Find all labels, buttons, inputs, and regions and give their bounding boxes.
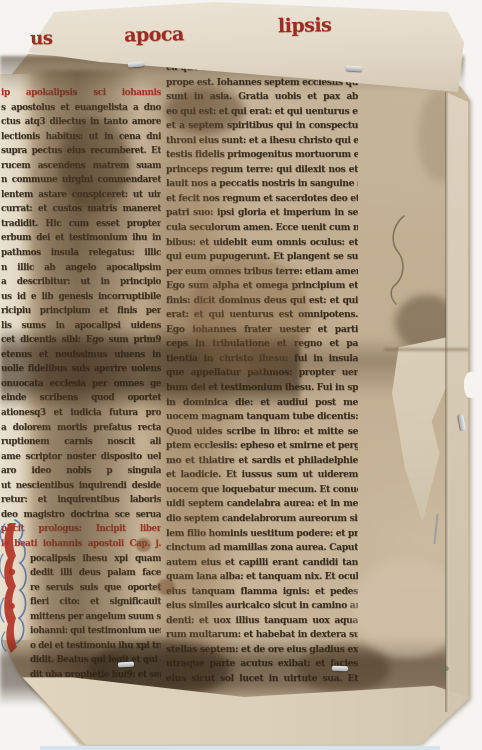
text-line: lectionis habitus: ut in cena dni (1, 130, 161, 145)
text-line: lem filio hominis uestitum podere: et pr… (166, 527, 358, 542)
text-line: eo qui est: et qui erat: et qui uenturus… (166, 105, 358, 120)
text-line: erat: et qui uenturus est omnipotens. (166, 308, 358, 323)
text-line: princeps regum terre: qui dilexit nos et (166, 163, 358, 178)
text-line: eius sicut sol lucet in uirtute sua. Et (166, 672, 358, 687)
text-line: uidi septem candelabra aurea: et in me (166, 497, 358, 512)
text-line: stellas septem: et de ore eius gladius e… (166, 643, 358, 658)
text-line: bibus: et uidebit eum omnis oculus: et (166, 236, 358, 251)
text-line: einde scribens quod oportet (1, 391, 161, 406)
text-line: mo et thiatire et sardis et philadelphie (166, 454, 358, 469)
text-line: ricipiu principium et finis per (1, 304, 161, 319)
initial-knob (9, 603, 15, 609)
initial-red-body (4, 523, 17, 653)
running-title-seg1: us (30, 28, 53, 49)
staple (346, 65, 362, 71)
text-line: autem eius et capilli erant candidi tan (166, 556, 358, 571)
text-line: bum dei et testimonium ihesu. Fui in spu (166, 381, 358, 396)
text-line: uocem que loquebatur mecum. Et conuersus (166, 483, 358, 498)
text-line: cula seculorum amen. Ecce uenit cum nu (166, 221, 358, 236)
text-line: quam lana alba: et tanquam nix. Et oculi (166, 570, 358, 585)
text-line: uocem magnam tanquam tube dicentis: (166, 410, 358, 425)
text-line: tientia in christo ihesu: fui in insula (166, 352, 358, 367)
text-line: et a septem spiritibus qui in conspectu (166, 119, 358, 134)
text-line: ceps in tribulatione et regno et pa (166, 337, 358, 352)
initial-knob (9, 569, 15, 575)
illuminated-initial-A (0, 514, 32, 664)
text-line: n commune uirgini commendaret (1, 173, 161, 188)
rubric-line: ip apokalipsis sci iohannis (1, 86, 161, 101)
text-line: rucem ascendens matrem suam (1, 159, 161, 174)
text-line: ationesq3 et iudicia futura pro (1, 406, 161, 421)
text-line: cinctum ad mamillas zona aurea. Caput (166, 541, 358, 556)
text-line: lentem astare conspiceret: ut uir (1, 188, 161, 203)
text-line: ruptionem carnis noscit ali (1, 435, 161, 450)
text-line: erbum dei et testimonium ihu in (1, 231, 161, 246)
text-line: ptem ecclesiis: epheso et smirne et perg… (166, 439, 358, 454)
text-line: ame scriptor noster disposito uel (1, 450, 161, 465)
text-line: lauit nos a peccatis nostris in sanguine… (166, 177, 358, 192)
text-line: denti: et uox illius tanquam uox aqua (166, 614, 358, 629)
manuscript-photo: ip apokalipsis sci iohanniss apostolus e… (0, 0, 482, 750)
text-line: a dolorem mortis prefatus recta (1, 421, 161, 436)
text-line: retur: et inquirentibus laboris (1, 493, 161, 508)
text-line: n illic ab angelo apocalipsim (1, 261, 161, 276)
text-line: et laodicie. Et iussus sum ut uiderem (166, 468, 358, 483)
staple (332, 666, 348, 672)
text-line: ctus atq3 dilectus in tanto amore (1, 115, 161, 130)
text-line: rum multarum: et habebat in dextera sua (166, 628, 358, 643)
text-line: Ego sum alpha et omega principium et (166, 279, 358, 294)
text-line: uolle fidelibus suis aperire uolens (1, 362, 161, 377)
text-line: us id e lib genesis incorruptibile (1, 290, 161, 305)
text-line: throni eius sunt: et a ihesu christo qui… (166, 134, 358, 149)
text-line: que appellatur pathmos: propter uer (166, 366, 358, 381)
text-line: et fecit nos regnum et sacerdotes deo et (166, 192, 358, 207)
text-line: eius tanquam flamma ignis: et pedes (166, 585, 358, 600)
text-line: onuocata ecclesia per omnes ge (1, 377, 161, 392)
text-line: cet dicentis sibi: Ego sum prim9 (1, 333, 161, 348)
text-line: aro ideo nobis p singula (1, 464, 161, 479)
text-line: a describitur: ut in principio (1, 275, 161, 290)
text-line: s apostolus et euangelista a dno (1, 101, 161, 116)
text-line: testis fidelis primogenitus mortuorum et (166, 148, 358, 163)
text-line: sunt in asia. Gratia uobis et pax ab (166, 90, 358, 105)
text-line: tradidit. Hic cum esset propter (1, 217, 161, 232)
text-line: per eum omnes tribus terre: etiam amen. (166, 265, 358, 280)
text-line: eius similes auricalco sicut in camino a… (166, 599, 358, 614)
text-line: etenus et nouissimus uiuens in (1, 348, 161, 363)
pen-flourish-doodle (386, 212, 412, 308)
staple (118, 662, 134, 668)
text-line: dit uba prophetie hui9: et seruat (1, 668, 161, 683)
text-line: pathmos insula relegatus: illic (1, 246, 161, 261)
text-line: ut nescientibus inquirendi deside (1, 479, 161, 494)
running-title-seg2: apoca (124, 23, 184, 46)
text-line: in dominica die: et audiui post me (166, 396, 358, 411)
text-line: supra pectus eius recumberet. Et (1, 144, 161, 159)
running-title-seg3: lipsis (278, 14, 332, 37)
text-line: patri suo: ipsi gloria et imperium in se (166, 206, 358, 221)
text-line: currat: et custos matris maneret (1, 202, 161, 217)
filigree-blue (15, 520, 26, 643)
text-line: Ego iohannes frater uester et parti (166, 323, 358, 338)
text-line: lis sums in apocalipsi uidens (1, 319, 161, 334)
text-line: utraque parte acutus exibat: et facies (166, 657, 358, 672)
running-title: us apoca lipsis (0, 0, 482, 65)
text-line: qui eum pupugerunt. Et plangent se su (166, 250, 358, 265)
text-line: finis: dicit dominus deus qui est: et qu… (166, 294, 358, 309)
text-line: dio septem candelabrorum aureorum simi (166, 512, 358, 527)
right-column-text: ea que in ea scripta sunt. Tempus enimpr… (166, 61, 358, 687)
text-line: Quod uides scribe in libro: et mitte se (166, 425, 358, 440)
